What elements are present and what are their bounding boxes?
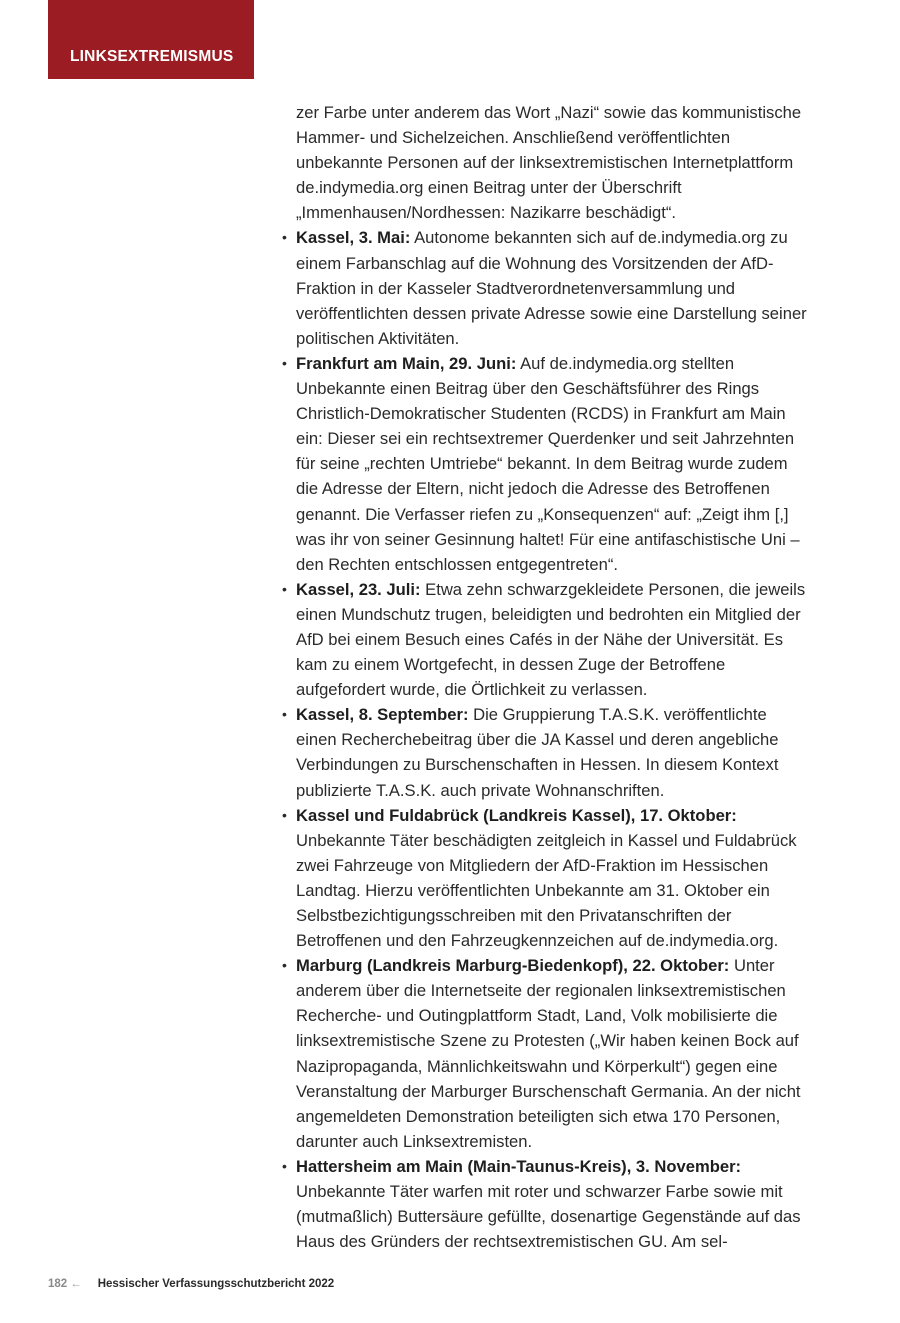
bullet-icon: • [282,1154,287,1179]
event-item: •Kassel und Fuldabrück (Landkreis Kassel… [296,803,808,954]
event-text: Auf de.indymedia.org stellten Unbekannte… [296,354,800,574]
bullet-icon: • [282,803,287,828]
main-text-column: zer Farbe unter anderem das Wort „Nazi“ … [296,100,808,1254]
event-place-date: Kassel und Fuldabrück (Landkreis Kassel)… [296,806,737,825]
event-place-date: Kassel, 8. September: [296,705,468,724]
page-number: 182 [48,1278,67,1290]
back-arrow-icon[interactable]: ← [70,1278,82,1290]
page-footer: 182←Hessischer Verfassungsschutzbericht … [48,1278,334,1290]
event-place-date: Kassel, 23. Juli: [296,580,421,599]
event-item: •Kassel, 23. Juli: Etwa zehn schwarzgekl… [296,577,808,702]
event-text: Unter anderem über die Internetseite der… [296,956,801,1151]
event-item: •Kassel, 8. September: Die Gruppierung T… [296,702,808,802]
event-place-date: Marburg (Landkreis Marburg-Biedenkopf), … [296,956,729,975]
event-list: •Kassel, 3. Mai: Autonome bekannten sich… [296,225,808,1254]
event-place-date: Hattersheim am Main (Main-Taunus-Kreis),… [296,1157,741,1176]
section-label: LINKSEXTREMISMUS [70,48,233,66]
event-text: Unbekannte Täter beschädigten zeitgleich… [296,831,797,950]
lead-paragraph: zer Farbe unter anderem das Wort „Nazi“ … [296,100,808,225]
event-item: •Kassel, 3. Mai: Autonome bekannten sich… [296,225,808,350]
event-item: •Hattersheim am Main (Main-Taunus-Kreis)… [296,1154,808,1254]
bullet-icon: • [282,577,287,602]
bullet-icon: • [282,351,287,376]
event-place-date: Frankfurt am Main, 29. Juni: [296,354,516,373]
event-text: Unbekannte Täter warfen mit roter und sc… [296,1182,801,1251]
publication-title: Hessischer Verfassungsschutzbericht 2022 [98,1278,335,1290]
section-header-tab: LINKSEXTREMISMUS [48,0,254,79]
bullet-icon: • [282,953,287,978]
bullet-icon: • [282,225,287,250]
event-place-date: Kassel, 3. Mai: [296,228,410,247]
event-item: •Marburg (Landkreis Marburg-Biedenkopf),… [296,953,808,1154]
event-item: •Frankfurt am Main, 29. Juni: Auf de.ind… [296,351,808,577]
bullet-icon: • [282,702,287,727]
